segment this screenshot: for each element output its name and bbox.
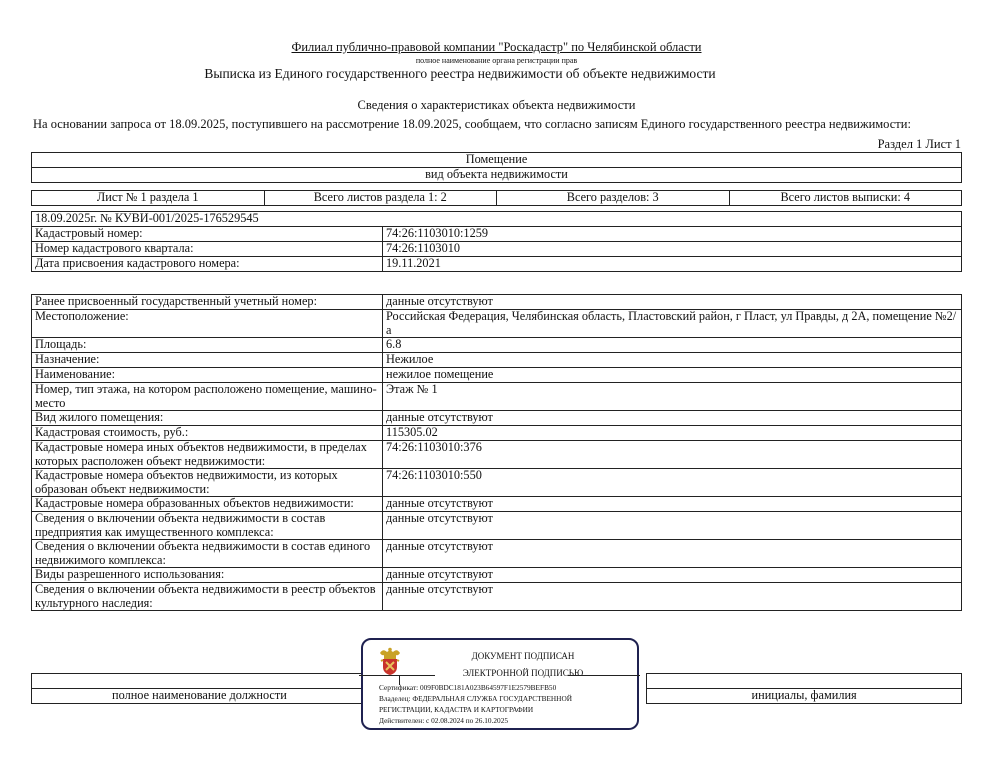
row-value: данные отсутствуют	[383, 497, 962, 512]
identity-table: 18.09.2025г. № КУВИ-001/2025-176529545 К…	[31, 211, 962, 272]
sheet-number: Лист № 1 раздела 1	[32, 191, 265, 206]
table-row: Номер, тип этажа, на котором расположено…	[32, 383, 962, 411]
table-row: Назначение:Нежилое	[32, 353, 962, 368]
row-label: Вид жилого помещения:	[32, 411, 383, 426]
document-title: Выписка из Единого государственного реес…	[0, 66, 920, 82]
row-label: Назначение:	[32, 353, 383, 368]
table-row: Виды разрешенного использования:данные о…	[32, 568, 962, 583]
row-value: данные отсутствуют	[383, 512, 962, 540]
object-type-caption: вид объекта недвижимости	[32, 168, 962, 183]
object-type-value: Помещение	[32, 153, 962, 168]
details-table: Ранее присвоенный государственный учетны…	[31, 294, 962, 611]
request-id: 18.09.2025г. № КУВИ-001/2025-176529545	[32, 212, 962, 227]
row-label: Номер кадастрового квартала:	[32, 242, 383, 257]
stamp-owner-line2: РЕГИСТРАЦИИ, КАДАСТРА И КАРТОГРАФИИ	[379, 705, 533, 714]
table-row: Кадастровые номера образованных объектов…	[32, 497, 962, 512]
extract-sheets-total: Всего листов выписки: 4	[729, 191, 962, 206]
electronic-signature-stamp: ДОКУМЕНТ ПОДПИСАН ЭЛЕКТРОННОЙ ПОДПИСЬЮ С…	[361, 638, 639, 730]
row-label: Кадастровые номера объектов недвижимости…	[32, 469, 383, 497]
row-value: данные отсутствуют	[383, 295, 962, 310]
row-value: данные отсутствуют	[383, 568, 962, 583]
row-value: данные отсутствуют	[383, 583, 962, 611]
table-row: Наименование:нежилое помещение	[32, 368, 962, 383]
row-label: Сведения о включении объекта недвижимост…	[32, 512, 383, 540]
table-row: Сведения о включении объекта недвижимост…	[32, 583, 962, 611]
object-type-table: Помещение вид объекта недвижимости	[31, 152, 962, 183]
row-value: Этаж № 1	[383, 383, 962, 411]
row-label: Местоположение:	[32, 310, 383, 338]
table-row: Ранее присвоенный государственный учетны…	[32, 295, 962, 310]
row-label: Сведения о включении объекта недвижимост…	[32, 583, 383, 611]
assignment-date: 19.11.2021	[383, 257, 962, 272]
row-value: данные отсутствуют	[383, 411, 962, 426]
sections-total: Всего разделов: 3	[497, 191, 730, 206]
stamp-rule	[359, 675, 435, 676]
table-row: Кадастровые номера объектов недвижимости…	[32, 469, 962, 497]
stamp-owner-line1: Владелец: ФЕДЕРАЛЬНАЯ СЛУЖБА ГОСУДАРСТВЕ…	[379, 694, 572, 703]
table-row: Местоположение:Российская Федерация, Чел…	[32, 310, 962, 338]
row-value: 74:26:1103010:376	[383, 441, 962, 469]
row-label: Кадастровый номер:	[32, 227, 383, 242]
organization-name: Филиал публично-правовой компании "Роска…	[0, 40, 993, 55]
table-row: Сведения о включении объекта недвижимост…	[32, 540, 962, 568]
row-label: Кадастровые номера образованных объектов…	[32, 497, 383, 512]
row-label: Площадь:	[32, 338, 383, 353]
row-value: 74:26:1103010:550	[383, 469, 962, 497]
row-label: Номер, тип этажа, на котором расположено…	[32, 383, 383, 411]
position-caption: полное наименование должности	[32, 689, 368, 704]
table-row: Площадь:6.8	[32, 338, 962, 353]
section-title: Сведения о характеристиках объекта недви…	[0, 98, 993, 113]
row-label: Наименование:	[32, 368, 383, 383]
table-row: Вид жилого помещения:данные отсутствуют	[32, 411, 962, 426]
row-label: Кадастровые номера иных объектов недвижи…	[32, 441, 383, 469]
coat-of-arms-icon	[377, 647, 403, 677]
row-value: 115305.02	[383, 426, 962, 441]
section-sheets-total: Всего листов раздела 1: 2	[264, 191, 497, 206]
name-field	[647, 674, 962, 689]
stamp-validity: Действителен: с 02.08.2024 по 26.10.2025	[379, 716, 508, 725]
table-row: Дата присвоения кадастрового номера: 19.…	[32, 257, 962, 272]
table-row: Кадастровая стоимость, руб.:115305.02	[32, 426, 962, 441]
table-row: Номер кадастрового квартала: 74:26:11030…	[32, 242, 962, 257]
row-value: Российская Федерация, Челябинская област…	[383, 310, 962, 338]
table-row: Кадастровые номера иных объектов недвижи…	[32, 441, 962, 469]
table-row: Сведения о включении объекта недвижимост…	[32, 512, 962, 540]
row-label: Виды разрешенного использования:	[32, 568, 383, 583]
row-value: Нежилое	[383, 353, 962, 368]
basis-text: На основании запроса от 18.09.2025, пост…	[33, 117, 911, 132]
row-label: Кадастровая стоимость, руб.:	[32, 426, 383, 441]
name-caption: инициалы, фамилия	[647, 689, 962, 704]
cadastral-quarter: 74:26:1103010	[383, 242, 962, 257]
stamp-rule	[568, 675, 640, 676]
organization-name-text: Филиал публично-правовой компании "Роска…	[291, 40, 701, 54]
row-label: Дата присвоения кадастрового номера:	[32, 257, 383, 272]
sheet-reference: Раздел 1 Лист 1	[878, 137, 961, 152]
cadastral-number: 74:26:1103010:1259	[383, 227, 962, 242]
row-value: нежилое помещение	[383, 368, 962, 383]
stamp-title-line1: ДОКУМЕНТ ПОДПИСАН	[423, 651, 623, 661]
row-value: 6.8	[383, 338, 962, 353]
sheets-table: Лист № 1 раздела 1 Всего листов раздела …	[31, 190, 962, 206]
position-field	[32, 674, 368, 689]
stamp-certificate: Сертификат: 009F0BDC181A023B64597F1E2579…	[379, 683, 556, 692]
organization-caption: полное наименование органа регистрации п…	[0, 56, 993, 65]
row-label: Сведения о включении объекта недвижимост…	[32, 540, 383, 568]
stamp-title-line2: ЭЛЕКТРОННОЙ ПОДПИСЬЮ	[423, 668, 623, 678]
row-value: данные отсутствуют	[383, 540, 962, 568]
table-row: Кадастровый номер: 74:26:1103010:1259	[32, 227, 962, 242]
row-label: Ранее присвоенный государственный учетны…	[32, 295, 383, 310]
